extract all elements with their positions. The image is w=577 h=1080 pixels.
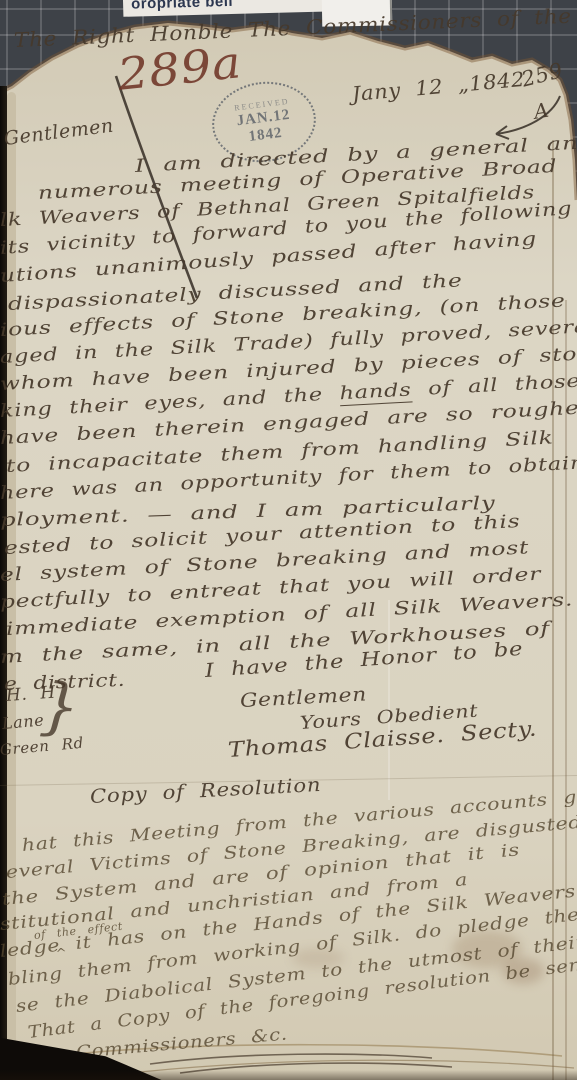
book-bottom-shade bbox=[0, 1070, 577, 1080]
hands-underlined-word: hands bbox=[339, 379, 412, 406]
manuscript-photo: oropriate bell RECEIVED JAN.12 1842 bbox=[0, 0, 577, 1080]
margin-brace: } bbox=[37, 668, 82, 744]
